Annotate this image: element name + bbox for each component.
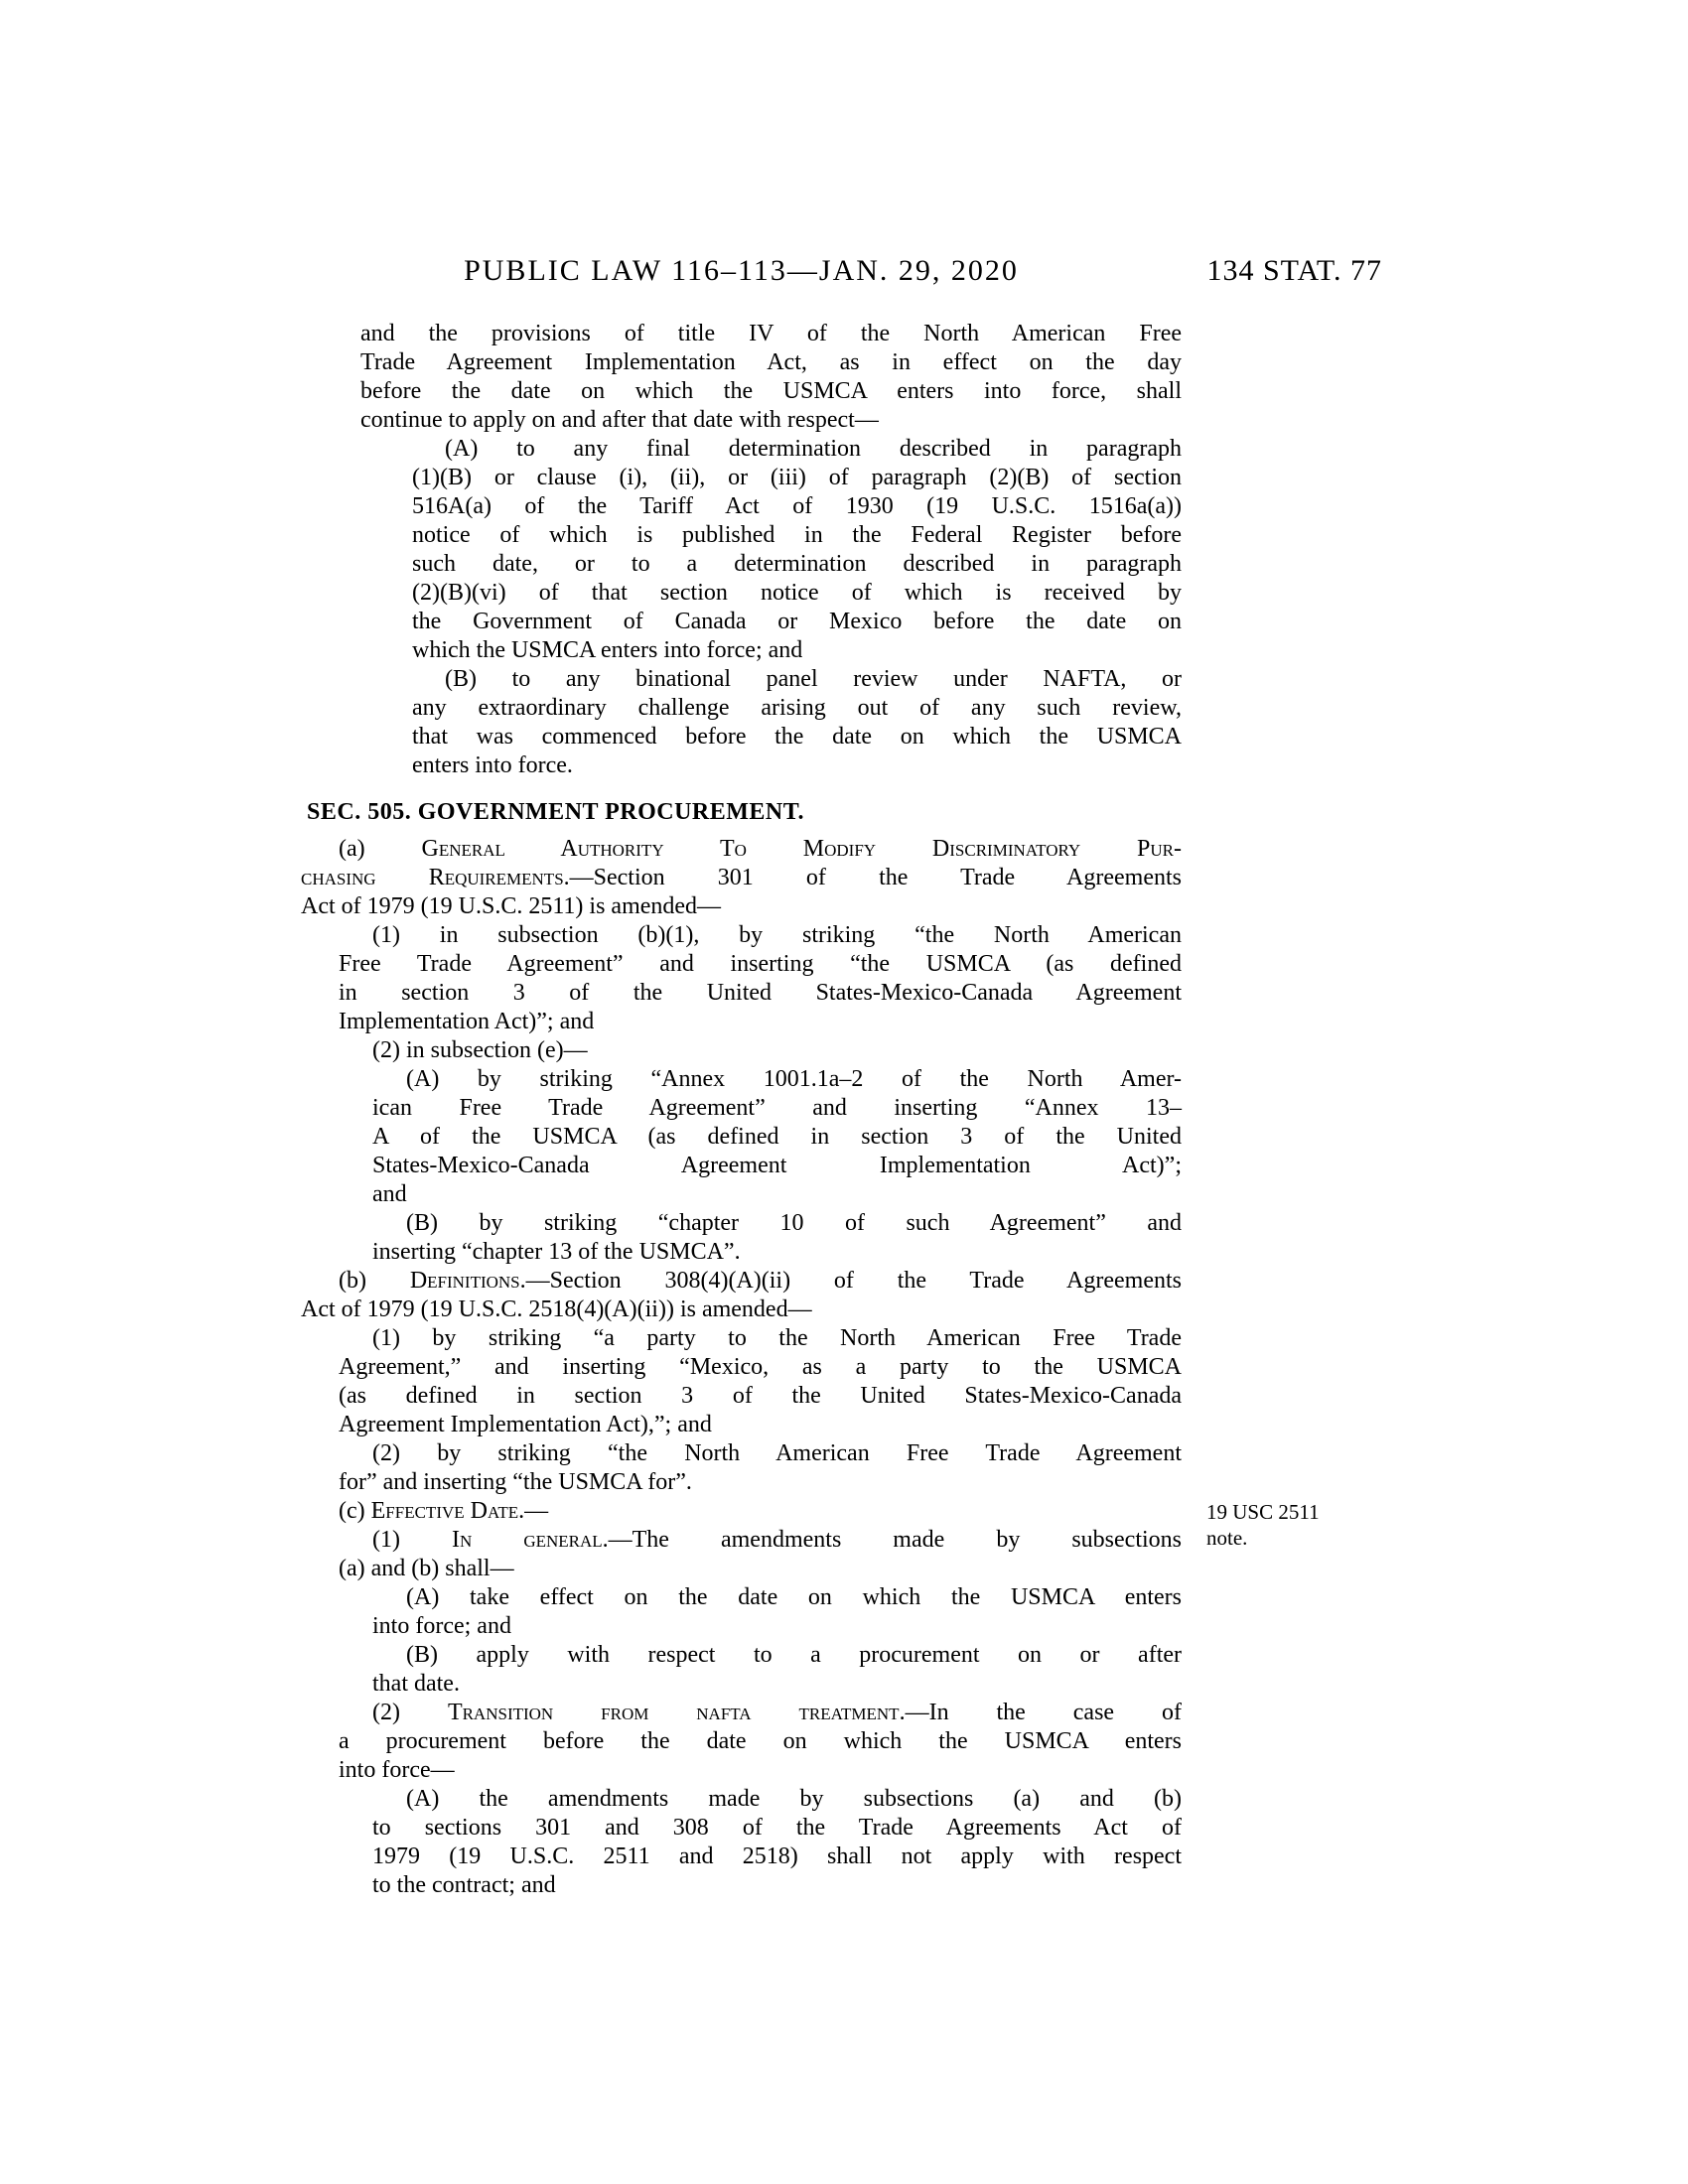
text-line: the Government of Canada or Mexico befor… [301, 608, 1182, 636]
text-line: Agreement,” and inserting “Mexico, as a … [301, 1353, 1182, 1382]
text-segment: (B) to any binational panel review under… [445, 666, 1182, 692]
text-segment: (A) by striking “Annex 1001.1a–2 of the … [406, 1066, 1182, 1092]
text-line: A of the USMCA (as defined in section 3 … [301, 1123, 1182, 1152]
paragraph-block: (c) Effective Date.—19 USC 2511note. [301, 1497, 1182, 1526]
text-segment: (A) to any final determination described… [445, 436, 1182, 462]
text-line: (A) take effect on the date on which the… [301, 1583, 1182, 1612]
text-segment: (a) [339, 836, 421, 862]
text-segment: (c) [339, 1498, 371, 1524]
paragraph-block: (1) by striking “a party to the North Am… [301, 1324, 1182, 1439]
text-line: Trade Agreement Implementation Act, as i… [301, 348, 1182, 377]
text-line: States-Mexico-Canada Agreement Implement… [301, 1152, 1182, 1180]
text-segment: notice of which is published in the Fede… [412, 522, 1182, 548]
text-line: chasing Requirements.—Section 301 of the… [301, 864, 1182, 892]
text-line: such date, or to a determination describ… [301, 550, 1182, 579]
margin-note: 19 USC 2511note. [1206, 1499, 1405, 1551]
text-segment: (A) the amendments made by subsections (… [406, 1786, 1182, 1812]
text-segment: Agreement,” and inserting “Mexico, as a … [339, 1354, 1182, 1380]
stat-page-number: 134 STAT. 77 [1206, 254, 1382, 288]
small-caps-text: General Authority To Modify Discriminato… [421, 836, 1182, 862]
text-line: and the provisions of title IV of the No… [301, 320, 1182, 348]
text-line: for” and inserting “the USMCA for”. [301, 1468, 1182, 1497]
margin-note-line: note. [1206, 1525, 1405, 1551]
paragraph-block: (2) Transition from nafta treatment.—In … [301, 1699, 1182, 1785]
text-line: Agreement Implementation Act),”; and [301, 1411, 1182, 1439]
text-segment: (a) and (b) shall— [339, 1556, 514, 1581]
text-line: (B) by striking “chapter 10 of such Agre… [301, 1209, 1182, 1238]
text-line: in section 3 of the United States-Mexico… [301, 979, 1182, 1008]
text-segment: (A) take effect on the date on which the… [406, 1584, 1182, 1610]
text-segment: and the provisions of title IV of the No… [360, 321, 1182, 346]
text-segment: (as defined in section 3 of the United S… [339, 1383, 1182, 1409]
text-segment: which the USMCA enters into force; and [412, 637, 802, 663]
small-caps-text: chasing Requirements. [301, 865, 570, 890]
paragraph-block: (A) take effect on the date on which the… [301, 1583, 1182, 1641]
text-segment: (B) by striking “chapter 10 of such Agre… [406, 1210, 1182, 1236]
text-line: that date. [301, 1670, 1182, 1699]
paragraph-block: (2) by striking “the North American Free… [301, 1439, 1182, 1497]
text-line: 516A(a) of the Tariff Act of 1930 (19 U.… [301, 492, 1182, 521]
text-line: (1) in subsection (b)(1), by striking “t… [301, 921, 1182, 950]
statute-page: PUBLIC LAW 116–113—JAN. 29, 2020 134 STA… [0, 0, 1688, 2184]
text-line: (2)(B)(vi) of that section notice of whi… [301, 579, 1182, 608]
text-line: inserting “chapter 13 of the USMCA”. [301, 1238, 1182, 1267]
paragraph-block: (b) Definitions.—Section 308(4)(A)(ii) o… [301, 1267, 1182, 1324]
text-line: continue to apply on and after that date… [301, 406, 1182, 435]
small-caps-text: Effective Date. [371, 1498, 525, 1524]
text-line: (A) the amendments made by subsections (… [301, 1785, 1182, 1814]
text-line: Act of 1979 (19 U.S.C. 2518(4)(A)(ii)) i… [301, 1296, 1182, 1324]
text-line: SEC. 505. GOVERNMENT PROCUREMENT. [301, 798, 1182, 827]
text-line: and [301, 1180, 1182, 1209]
section-heading: SEC. 505. GOVERNMENT PROCUREMENT. [301, 798, 1182, 827]
text-segment: (b) [339, 1268, 410, 1294]
text-line: to sections 301 and 308 of the Trade Agr… [301, 1814, 1182, 1843]
text-segment: for” and inserting “the USMCA for”. [339, 1469, 692, 1495]
paragraph-block: (B) by striking “chapter 10 of such Agre… [301, 1209, 1182, 1267]
text-segment: SEC. 505. GOVERNMENT PROCUREMENT. [307, 799, 804, 825]
text-segment: —The amendments made by subsections [609, 1527, 1182, 1553]
text-segment: 1979 (19 U.S.C. 2511 and 2518) shall not… [372, 1843, 1182, 1869]
text-line: (1)(B) or clause (i), (ii), or (iii) of … [301, 464, 1182, 492]
text-segment: 516A(a) of the Tariff Act of 1930 (19 U.… [412, 493, 1182, 519]
text-line: (as defined in section 3 of the United S… [301, 1382, 1182, 1411]
text-line: Implementation Act)”; and [301, 1008, 1182, 1036]
text-line: Act of 1979 (19 U.S.C. 2511) is amended— [301, 892, 1182, 921]
text-segment: continue to apply on and after that date… [360, 407, 879, 433]
text-segment: before the date on which the USMCA enter… [360, 378, 1182, 404]
text-line: (1) In general.—The amendments made by s… [301, 1526, 1182, 1555]
paragraph-block: (A) the amendments made by subsections (… [301, 1785, 1182, 1900]
text-segment: Agreement Implementation Act),”; and [339, 1412, 712, 1437]
paragraph-block: and the provisions of title IV of the No… [301, 320, 1182, 435]
small-caps-text: Transition from nafta treatment. [448, 1700, 906, 1725]
text-segment: (2) [372, 1700, 448, 1725]
text-segment: such date, or to a determination describ… [412, 551, 1182, 577]
text-segment: (1) in subsection (b)(1), by striking “t… [372, 922, 1182, 948]
text-line: any extraordinary challenge arising out … [301, 694, 1182, 723]
paragraph-block: (A) to any final determination described… [301, 435, 1182, 665]
text-line: that was commenced before the date on wh… [301, 723, 1182, 751]
text-segment: (1) [372, 1527, 452, 1553]
text-line: (a) and (b) shall— [301, 1555, 1182, 1583]
text-segment: that date. [372, 1671, 460, 1697]
text-segment: and [372, 1181, 407, 1207]
text-line: (1) by striking “a party to the North Am… [301, 1324, 1182, 1353]
text-segment: Implementation Act)”; and [339, 1009, 594, 1034]
text-segment: Act of 1979 (19 U.S.C. 2511) is amended— [301, 893, 721, 919]
text-line: (2) in subsection (e)— [301, 1036, 1182, 1065]
text-line: into force— [301, 1756, 1182, 1785]
text-segment: —Section 301 of the Trade Agreements [570, 865, 1182, 890]
text-segment: Free Trade Agreement” and inserting “the… [339, 951, 1182, 977]
text-line: ican Free Trade Agreement” and inserting… [301, 1094, 1182, 1123]
text-line: notice of which is published in the Fede… [301, 521, 1182, 550]
paragraph-block: (B) to any binational panel review under… [301, 665, 1182, 780]
document-body: and the provisions of title IV of the No… [301, 320, 1182, 1900]
small-caps-text: In general. [452, 1527, 609, 1553]
text-line: (B) to any binational panel review under… [301, 665, 1182, 694]
text-segment: (2) by striking “the North American Free… [372, 1440, 1182, 1466]
text-line: (c) Effective Date.— [301, 1497, 1182, 1526]
text-segment: — [524, 1498, 548, 1524]
paragraph-block: (2) in subsection (e)— [301, 1036, 1182, 1065]
text-segment: (1)(B) or clause (i), (ii), or (iii) of … [412, 465, 1182, 490]
text-segment: States-Mexico-Canada Agreement Implement… [372, 1153, 1182, 1178]
small-caps-text: Definitions. [410, 1268, 526, 1294]
paragraph-block: (B) apply with respect to a procurement … [301, 1641, 1182, 1699]
text-segment: in section 3 of the United States-Mexico… [339, 980, 1182, 1006]
text-segment: —In the case of [906, 1700, 1182, 1725]
text-segment: —Section 308(4)(A)(ii) of the Trade Agre… [526, 1268, 1182, 1294]
text-segment: that was commenced before the date on wh… [412, 724, 1182, 750]
text-line: Free Trade Agreement” and inserting “the… [301, 950, 1182, 979]
text-line: (2) Transition from nafta treatment.—In … [301, 1699, 1182, 1727]
text-segment: (B) apply with respect to a procurement … [406, 1642, 1182, 1668]
text-segment: A of the USMCA (as defined in section 3 … [372, 1124, 1182, 1150]
text-segment: to the contract; and [372, 1872, 556, 1898]
text-segment: Act of 1979 (19 U.S.C. 2518(4)(A)(ii)) i… [301, 1297, 812, 1322]
text-segment: into force; and [372, 1613, 511, 1639]
text-segment: a procurement before the date on which t… [339, 1728, 1182, 1754]
paragraph-block: (A) by striking “Annex 1001.1a–2 of the … [301, 1065, 1182, 1209]
text-segment: into force— [339, 1757, 455, 1783]
margin-note-line: 19 USC 2511 [1206, 1499, 1405, 1525]
text-line: (a) General Authority To Modify Discrimi… [301, 835, 1182, 864]
paragraph-block: (1) In general.—The amendments made by s… [301, 1526, 1182, 1583]
text-line: which the USMCA enters into force; and [301, 636, 1182, 665]
text-line: (B) apply with respect to a procurement … [301, 1641, 1182, 1670]
text-segment: (2) in subsection (e)— [372, 1037, 588, 1063]
text-segment: (1) by striking “a party to the North Am… [372, 1325, 1182, 1351]
text-line: enters into force. [301, 751, 1182, 780]
text-segment: the Government of Canada or Mexico befor… [412, 609, 1182, 634]
text-line: (2) by striking “the North American Free… [301, 1439, 1182, 1468]
text-segment: enters into force. [412, 752, 573, 778]
text-segment: to sections 301 and 308 of the Trade Agr… [372, 1815, 1182, 1841]
running-header-law-number: PUBLIC LAW 116–113—JAN. 29, 2020 [301, 254, 1182, 288]
text-line: into force; and [301, 1612, 1182, 1641]
text-line: (A) by striking “Annex 1001.1a–2 of the … [301, 1065, 1182, 1094]
text-segment: (2)(B)(vi) of that section notice of whi… [412, 580, 1182, 606]
text-line: to the contract; and [301, 1871, 1182, 1900]
text-segment: inserting “chapter 13 of the USMCA”. [372, 1239, 741, 1265]
text-segment: any extraordinary challenge arising out … [412, 695, 1182, 721]
text-line: before the date on which the USMCA enter… [301, 377, 1182, 406]
paragraph-block: (a) General Authority To Modify Discrimi… [301, 835, 1182, 921]
text-line: (b) Definitions.—Section 308(4)(A)(ii) o… [301, 1267, 1182, 1296]
text-line: (A) to any final determination described… [301, 435, 1182, 464]
text-line: a procurement before the date on which t… [301, 1727, 1182, 1756]
text-segment: ican Free Trade Agreement” and inserting… [372, 1095, 1182, 1121]
text-segment: Trade Agreement Implementation Act, as i… [360, 349, 1182, 375]
paragraph-block: (1) in subsection (b)(1), by striking “t… [301, 921, 1182, 1036]
text-line: 1979 (19 U.S.C. 2511 and 2518) shall not… [301, 1843, 1182, 1871]
